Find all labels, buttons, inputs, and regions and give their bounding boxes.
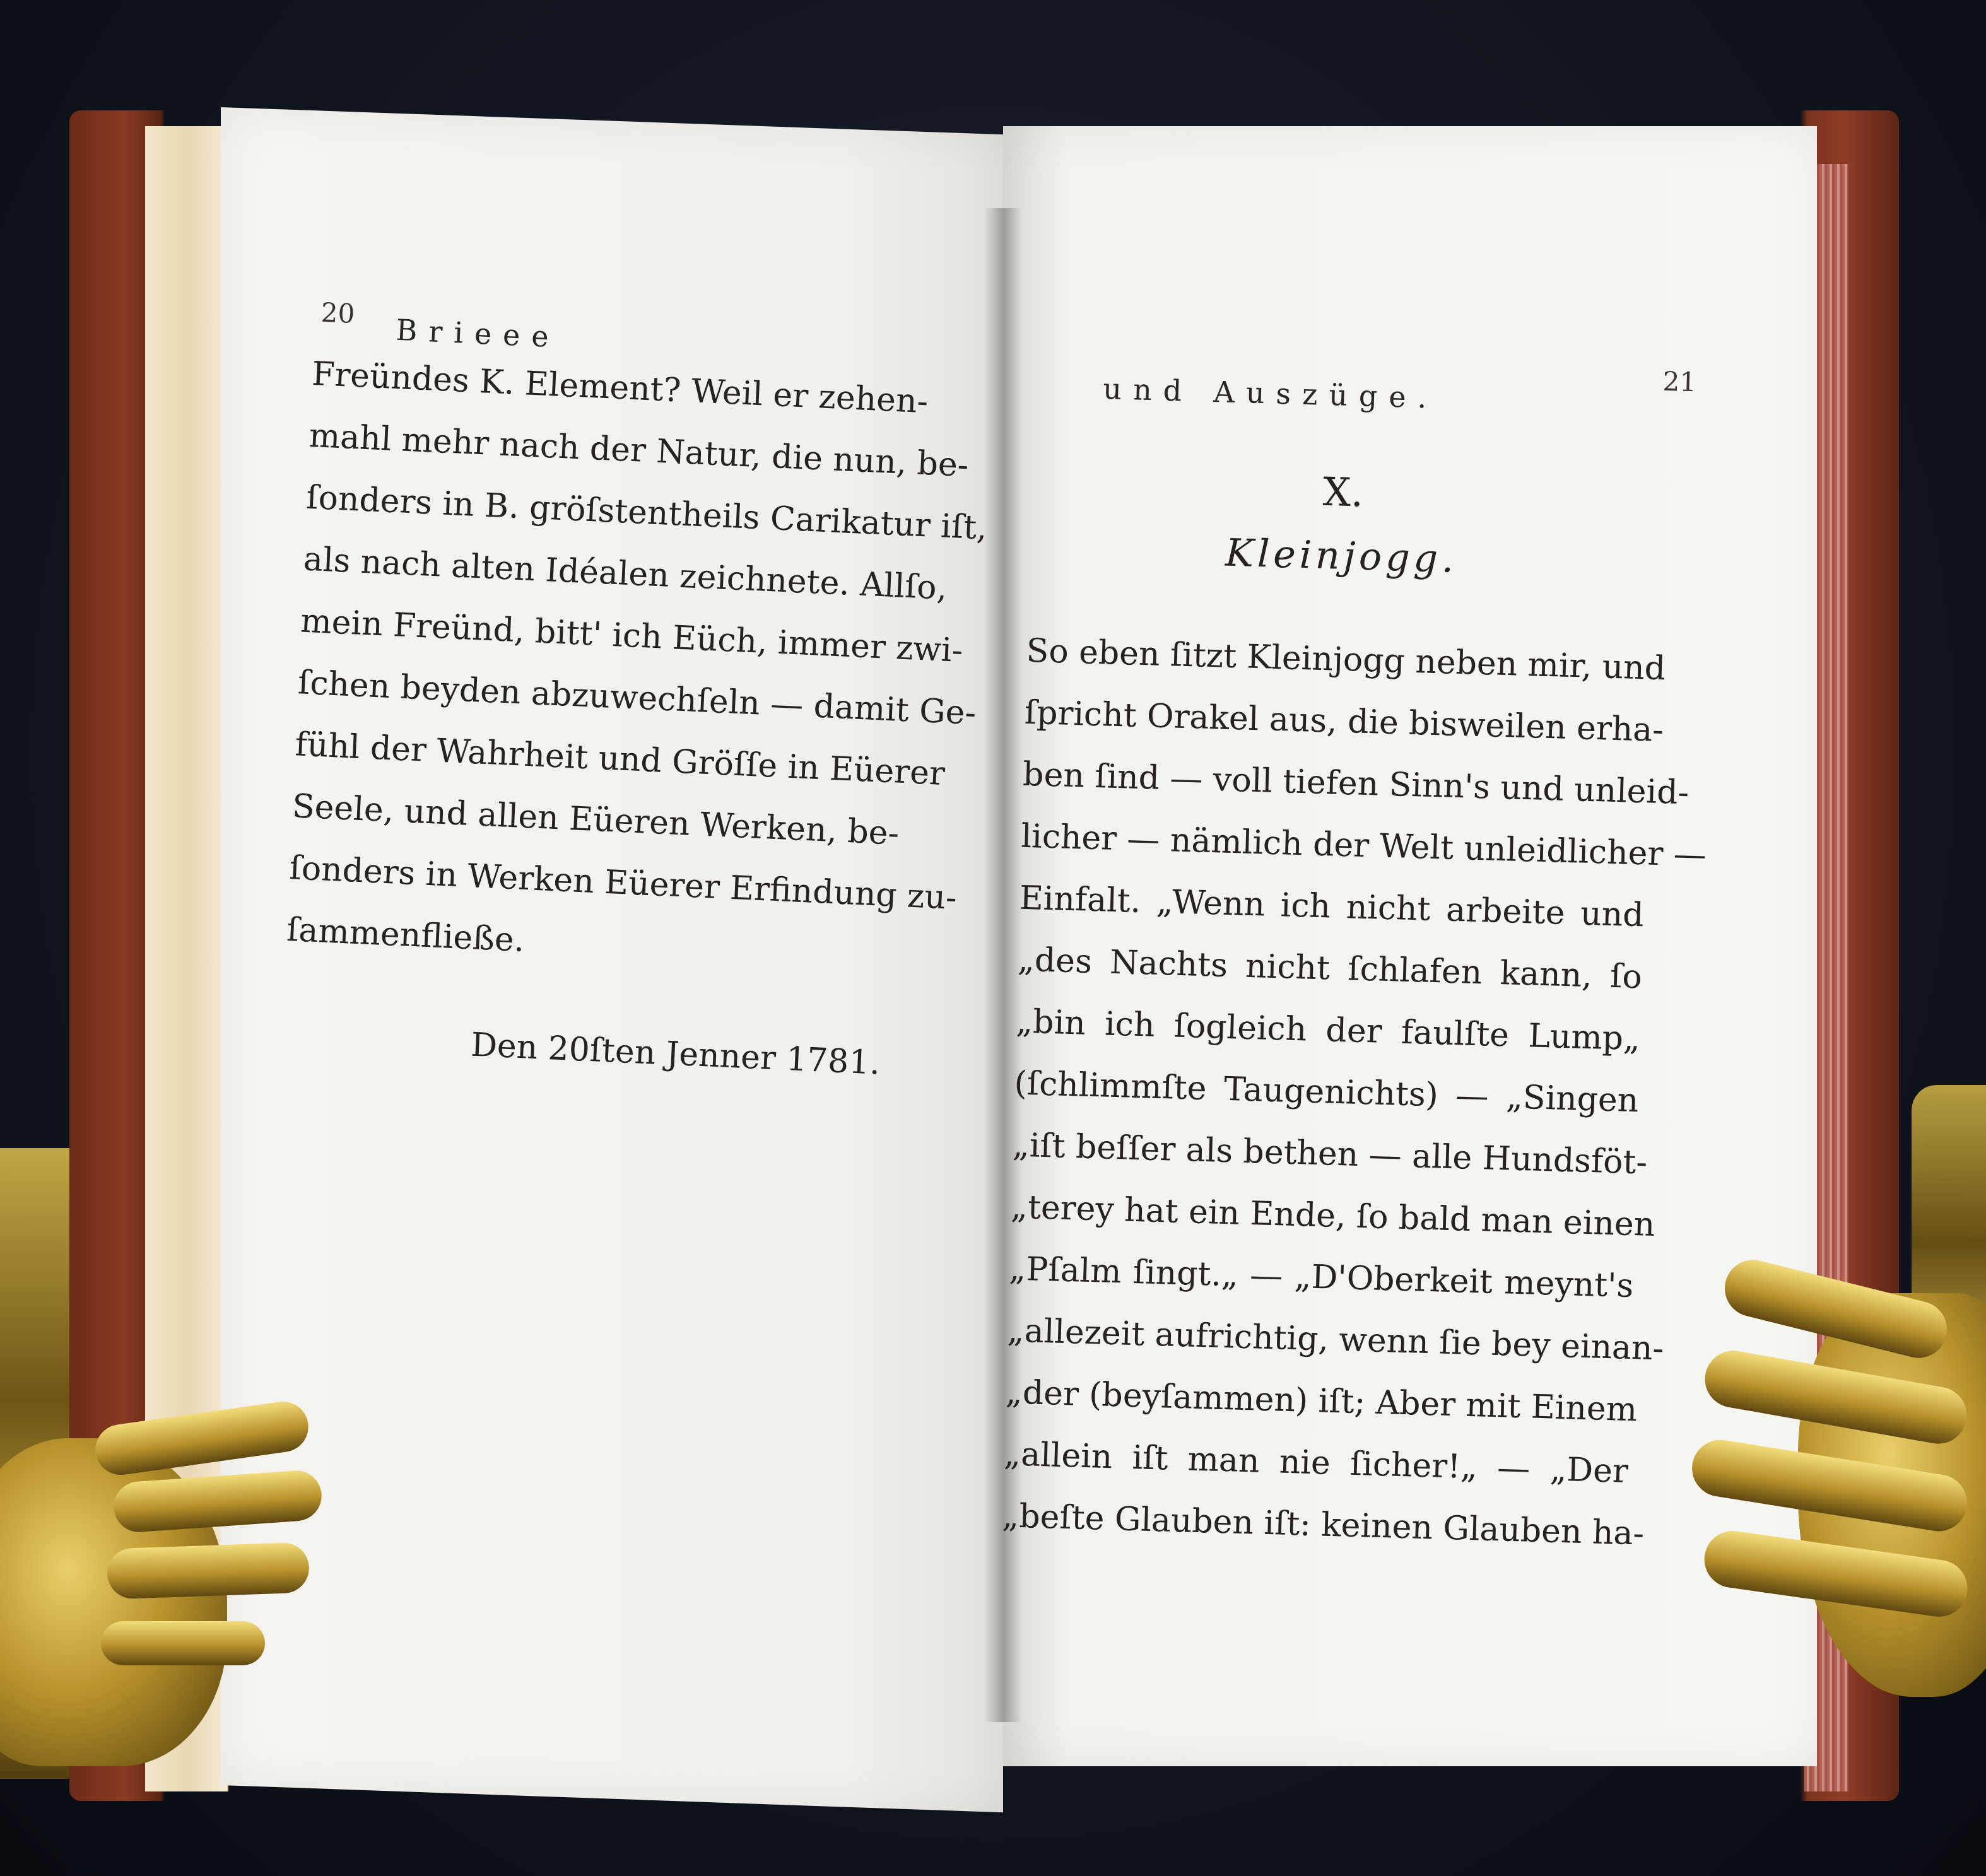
- brass-finger: [101, 1621, 265, 1665]
- running-head-right: und Auszüge.: [1103, 372, 1671, 421]
- chapter-title: Kleinjogg.: [1028, 525, 1654, 587]
- page-number-right: 21: [1662, 366, 1697, 397]
- photo-scene: 20 Brieee Freündes K. Element? Weil er z…: [0, 0, 1986, 1876]
- page-number-left: 20: [320, 296, 356, 329]
- right-page-text: 21 und Auszüge. X. Kleinjogg. So eben ſi…: [1001, 353, 1671, 1564]
- brass-finger: [107, 1542, 310, 1599]
- left-page-text: 20 Brieee Freündes K. Element? Weil er z…: [281, 296, 946, 1084]
- chapter-number: X.: [1030, 460, 1656, 524]
